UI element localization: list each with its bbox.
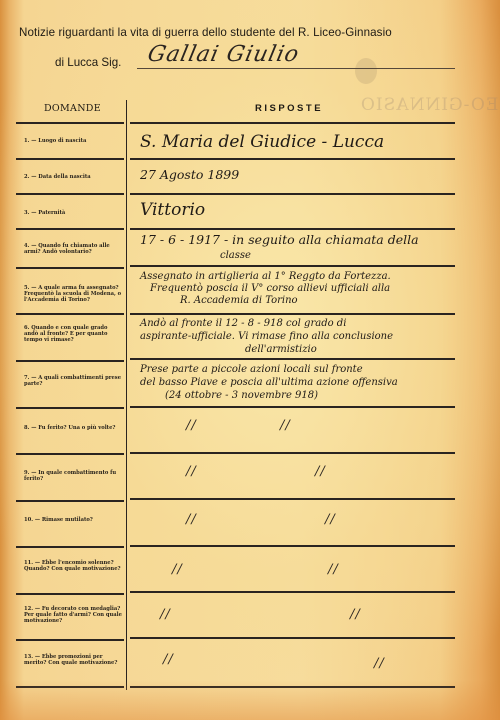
row-rule <box>16 546 124 548</box>
row-rule <box>16 686 124 688</box>
ditto-mark: // <box>325 512 336 527</box>
answer-5-line-1: Assegnato in artiglieria al 1° Reggto da… <box>140 271 460 283</box>
answer-7-line-1: Prese parte a piccole azioni locali sul … <box>140 364 460 376</box>
row-rule <box>16 453 124 455</box>
row-rule <box>130 358 455 360</box>
question-9: 9. — In quale combattimento fu ferito? <box>24 470 122 482</box>
row-rule <box>130 498 455 500</box>
background-stamp-seal <box>355 58 377 84</box>
row-rule <box>16 158 124 160</box>
answer-2: 27 Agosto 1899 <box>140 167 460 182</box>
student-label: di Lucca Sig. <box>55 56 121 69</box>
row-rule <box>130 686 455 688</box>
answer-7-line-3: (24 ottobre - 3 novembre 918) <box>165 390 485 402</box>
question-10: 10. — Rimase mutilato? <box>24 517 122 523</box>
ditto-mark: // <box>163 652 174 667</box>
ditto-mark: // <box>186 512 197 527</box>
row-rule <box>16 193 124 195</box>
answer-5-line-2: Frequentò poscia il V° corso allievi uff… <box>150 283 470 295</box>
column-divider <box>126 100 127 690</box>
question-11: 11. — Ebbe l'encomio solenne? Quando? Co… <box>24 560 122 572</box>
signature-line <box>137 68 455 69</box>
question-6: 6. Quando e con quale grado andò al fron… <box>24 325 122 344</box>
column-header-domande: DOMANDE <box>44 103 101 114</box>
row-rule <box>130 193 455 195</box>
column-header-risposte: RISPOSTE <box>255 103 323 114</box>
question-7: 7. — A quali combattimenti prese parte? <box>24 375 122 387</box>
row-rule <box>130 158 455 160</box>
row-rule <box>130 265 455 267</box>
row-rule <box>16 267 124 269</box>
ditto-mark: // <box>186 464 197 479</box>
row-rule <box>16 360 124 362</box>
answer-4-line-2: classe <box>220 250 500 262</box>
answer-1: S. Maria del Giudice - Lucca <box>140 132 460 152</box>
ditto-mark: // <box>315 464 326 479</box>
answer-4-line-1: 17 - 6 - 1917 - in seguito alla chiamata… <box>140 232 460 247</box>
question-8: 8. — Fu ferito? Una o più volte? <box>24 425 122 431</box>
answer-3: Vittorio <box>140 200 460 220</box>
answer-5-line-3: R. Accademia di Torino <box>180 295 500 307</box>
ditto-mark: // <box>374 656 385 671</box>
document-title: Notizie riguardanti la vita di guerra de… <box>19 26 392 39</box>
row-rule <box>130 228 455 230</box>
question-5: 5. — A quale arma fu assegnato? Frequent… <box>24 285 122 304</box>
row-rule <box>130 452 455 454</box>
row-rule <box>16 593 124 595</box>
question-12: 12. — Fu decorato con medaglia? Per qual… <box>24 606 122 625</box>
answer-7-line-2: del basso Piave e poscia all'ultima azio… <box>140 377 460 389</box>
row-rule <box>16 500 124 502</box>
question-3: 3. — Paternità <box>24 210 122 216</box>
row-rule <box>16 639 124 641</box>
question-4: 4. — Quando fu chiamato alle armi? Andò … <box>24 243 122 255</box>
row-rule <box>16 122 124 124</box>
row-rule <box>16 407 124 409</box>
row-rule <box>130 545 455 547</box>
row-rule <box>130 591 455 593</box>
student-name-signature: Gallai Giulio <box>145 42 301 67</box>
answer-6-line-3: dell'armistizio <box>245 344 500 356</box>
row-rule <box>130 406 455 408</box>
ditto-mark: // <box>350 607 361 622</box>
ditto-mark: // <box>186 418 197 433</box>
question-2: 2. — Data della nascita <box>24 174 122 180</box>
question-13: 13. — Ebbe promozioni per merito? Con qu… <box>24 654 122 666</box>
ditto-mark: // <box>160 607 171 622</box>
row-rule <box>130 637 455 639</box>
row-rule <box>16 313 124 315</box>
background-stamp-text: R. LICEO-GINNASIO <box>360 95 500 115</box>
ditto-mark: // <box>280 418 291 433</box>
question-1: 1. — Luogo di nascita <box>24 138 122 144</box>
document-page: R. LICEO-GINNASIO Notizie riguardanti la… <box>0 0 500 720</box>
answer-6-line-1: Andò al fronte il 12 - 8 - 918 col grado… <box>140 318 460 330</box>
ditto-mark: // <box>172 562 183 577</box>
row-rule <box>130 313 455 315</box>
ditto-mark: // <box>328 562 339 577</box>
answer-6-line-2: aspirante-ufficiale. Vi rimase fino alla… <box>140 331 460 343</box>
row-rule <box>16 228 124 230</box>
row-rule <box>130 122 455 124</box>
